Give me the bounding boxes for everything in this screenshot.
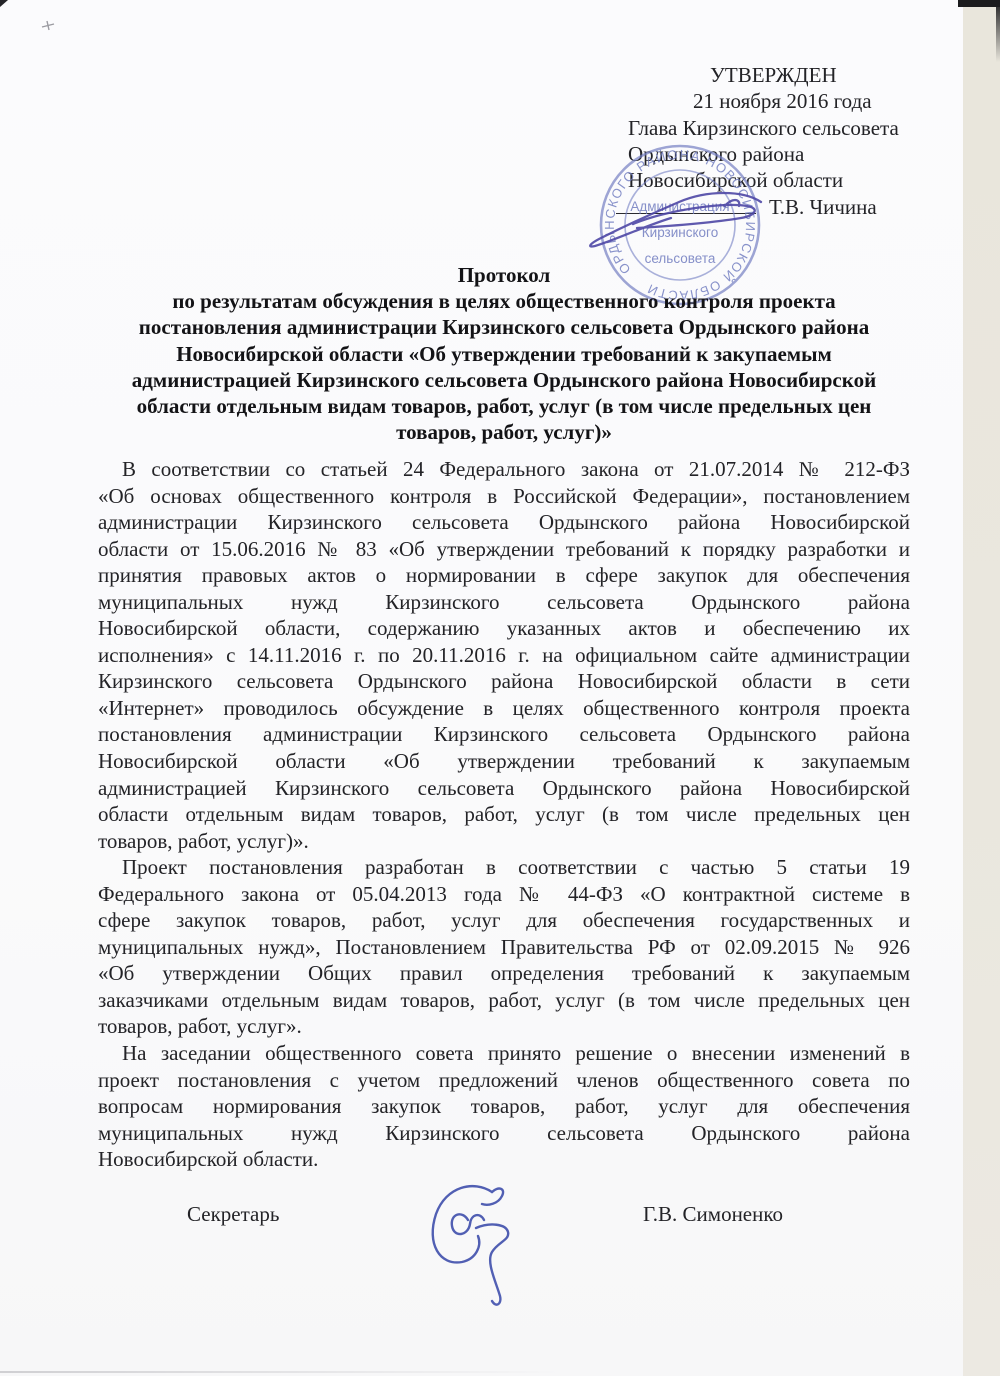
body-line: сфере закупок товаров, работ, услуг для …	[98, 907, 910, 934]
body-line: В соответствии со статьей 24 Федеральног…	[98, 456, 910, 483]
title-line: Протокол	[98, 262, 910, 288]
body-line: Кирзинского сельсовета Ордынского района…	[98, 668, 910, 695]
body-line: проект постановления с учетом предложени…	[98, 1067, 910, 1094]
body-line: товаров, работ, услуг».	[98, 1013, 910, 1040]
scan-artifact-right-edge	[996, 0, 1000, 62]
body-line: администрации Кирзинского сельсовета Орд…	[98, 509, 910, 536]
body-line: области отдельным видам товаров, работ, …	[98, 801, 910, 828]
scanner-background-strip	[963, 0, 1000, 1376]
staple-mark-icon	[40, 18, 58, 34]
body-line: принятия правовых актов о нормировании в…	[98, 562, 910, 589]
body-line: Новосибирской области, содержанию указан…	[98, 615, 910, 642]
body-line: области от 15.06.2016 № 83 «Об утвержден…	[98, 536, 910, 563]
scanned-document: { "approval": { "lines": [ "УТВЕРЖДЕН", …	[0, 0, 1000, 1376]
body-line: «Об утверждении Общих правил определения…	[98, 960, 910, 987]
body-line: исполнения» с 14.11.2016 г. по 20.11.201…	[98, 642, 910, 669]
document-title: Протокол по результатам обсуждения в цел…	[98, 262, 910, 445]
paragraph-3: На заседании общественного совета принят…	[98, 1040, 910, 1173]
head-signature-icon	[575, 178, 795, 258]
body-line: «Об основах общественного контроля в Рос…	[98, 483, 910, 510]
body-line: муниципальных нужд Кирзинского сельсовет…	[98, 1120, 910, 1147]
document-body: В соответствии со статьей 24 Федеральног…	[98, 456, 910, 1173]
paper-edge-shadow	[0, 1371, 560, 1373]
body-line: Новосибирской области «Об утверждении тр…	[98, 748, 910, 775]
title-line: постановления администрации Кирзинского …	[98, 314, 910, 340]
signer-role: Секретарь	[187, 1202, 279, 1227]
body-line: заказчиками отдельным видам товаров, раб…	[98, 987, 910, 1014]
body-line: администрацией Кирзинского сельсовета Ор…	[98, 775, 910, 802]
body-line: На заседании общественного совета принят…	[98, 1040, 910, 1067]
body-line: муниципальных нужд», Постановлением Прав…	[98, 934, 910, 961]
paragraph-2: Проект постановления разработан в соотве…	[98, 854, 910, 1040]
body-line: Проект постановления разработан в соотве…	[98, 854, 910, 881]
body-line: Федерального закона от 05.04.2013 года №…	[98, 881, 910, 908]
scan-artifact-top-left	[0, 0, 8, 7]
body-line: Новосибирской области.	[98, 1146, 910, 1173]
title-line: области отдельным видам товаров, работ, …	[98, 393, 910, 419]
document-page: УТВЕРЖДЕН 21 ноября 2016 года Глава Кирз…	[0, 0, 963, 1376]
body-line: вопросам нормирования закупок товаров, р…	[98, 1093, 910, 1120]
signer-name: Г.В. Симоненко	[643, 1202, 783, 1227]
approval-date: 21 ноября 2016 года	[628, 88, 928, 114]
paragraph-1: В соответствии со статьей 24 Федеральног…	[98, 456, 910, 854]
body-line: постановления администрации Кирзинского …	[98, 721, 910, 748]
secretary-signature-icon	[418, 1178, 528, 1313]
title-line: администрацией Кирзинского сельсовета Ор…	[98, 367, 910, 393]
body-line: муниципальных нужд Кирзинского сельсовет…	[98, 589, 910, 616]
title-line: товаров, работ, услуг)»	[98, 419, 910, 445]
scan-artifact-top-right	[958, 0, 1000, 7]
title-line: Новосибирской области «Об утверждении тр…	[98, 341, 910, 367]
body-line: товаров, работ, услуг)».	[98, 828, 910, 855]
body-line: «Интернет» проводилось обсуждение в целя…	[98, 695, 910, 722]
approval-line: УТВЕРЖДЕН	[628, 62, 928, 88]
title-line: по результатам обсуждения в целях общест…	[98, 288, 910, 314]
